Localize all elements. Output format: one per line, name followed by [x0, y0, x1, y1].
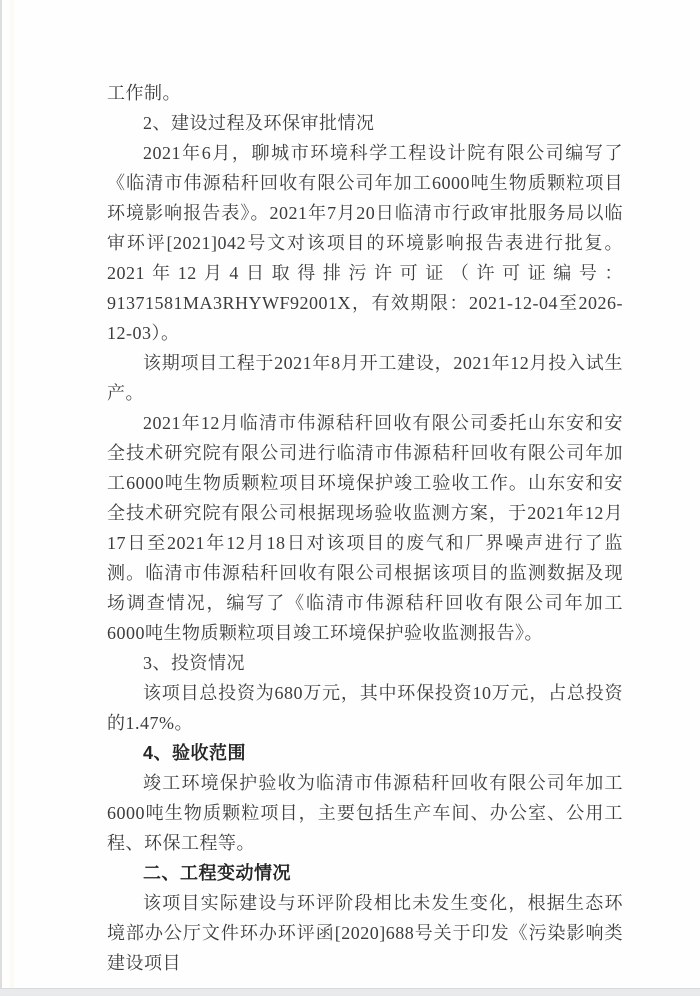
page-bottom-edge: [0, 988, 700, 996]
paragraph-project-changes-content: 该项目实际建设与环评阶段相比未发生变化，根据生态环境部办公厅文件环办环评函[20…: [107, 888, 623, 978]
document-page: 工作制。 2、建设过程及环保审批情况 2021年6月，聊城市环境科学工程设计院有…: [0, 0, 700, 996]
document-text-block: 工作制。 2、建设过程及环保审批情况 2021年6月，聊城市环境科学工程设计院有…: [107, 78, 623, 978]
paragraph-acceptance-monitoring-work: 2021年12月临清市伟源秸秆回收有限公司委托山东安和安全技术研究院有限公司进行…: [107, 408, 623, 648]
paragraph-investment-amounts: 该项目总投资为680万元，其中环保投资10万元，占总投资的1.47%。: [107, 678, 623, 738]
heading-investment-situation: 3、投资情况: [107, 648, 623, 678]
heading-project-changes: 二、工程变动情况: [107, 858, 623, 888]
paragraph-eia-report-approval: 2021年6月，聊城市环境科学工程设计院有限公司编写了《临清市伟源秸秆回收有限公…: [107, 138, 623, 348]
heading-construction-process-approval: 2、建设过程及环保审批情况: [107, 108, 623, 138]
paragraph-continuation-work-system: 工作制。: [107, 78, 623, 108]
heading-acceptance-scope: 4、验收范围: [107, 738, 623, 768]
paragraph-acceptance-scope-content: 竣工环境保护验收为临清市伟源秸秆回收有限公司年加工6000吨生物质颗粒项目，主要…: [107, 768, 623, 858]
paragraph-construction-start-trial-production: 该期项目工程于2021年8月开工建设，2021年12月投入试生产。: [107, 348, 623, 408]
page-left-edge-line: [0, 0, 2, 996]
page-scan-shading: [10, 0, 14, 996]
